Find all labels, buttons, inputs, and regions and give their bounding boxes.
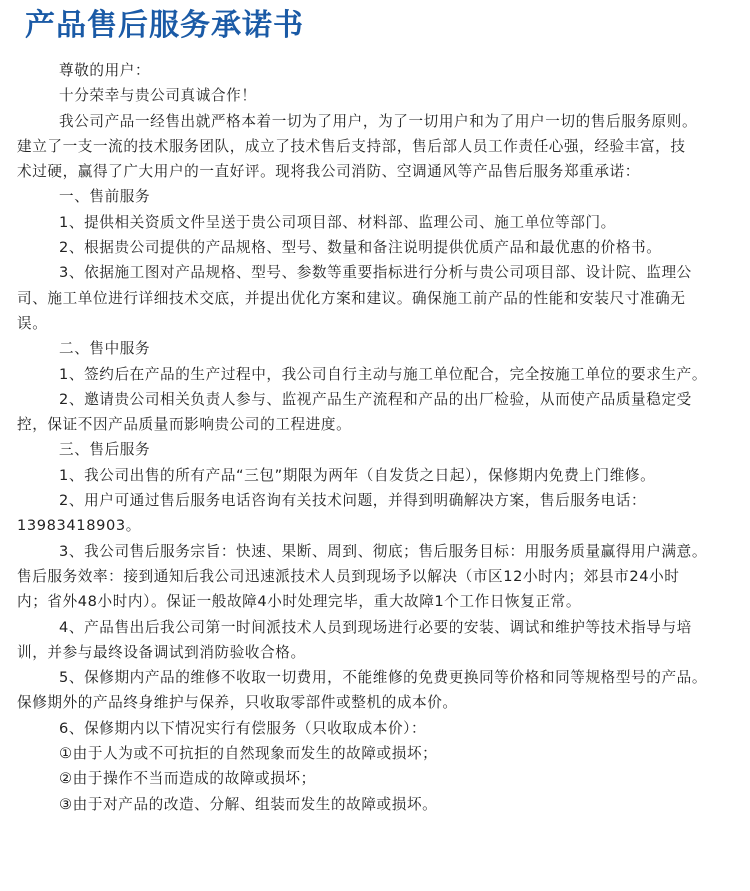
text-line: 保修期外的产品终身维护与保养，只收取零部件或整机的成本价。 (17, 690, 733, 715)
text-line: 误。 (17, 311, 733, 336)
list-item: 2、用户可通过售后服务电话咨询有关技术问题，并得到明确解决方案，售后服务电话： … (17, 488, 733, 539)
list-item: 1、签约后在产品的生产过程中，我公司自行主动与施工单位配合，完全按施工单位的要求… (17, 362, 733, 387)
text-line: 2、邀请贵公司相关负责人参与、监视产品生产流程和产品的出厂检验，从而使产品质量稳… (17, 387, 733, 412)
text-line: 1、提供相关资质文件呈送于贵公司项目部、材料部、监理公司、施工单位等部门。 (17, 210, 733, 235)
list-item: 6、保修期内以下情况实行有偿服务（只收取成本价）： (17, 716, 733, 741)
section-heading-in-sale: 二、售中服务 (17, 336, 733, 361)
intro: 十分荣幸与贵公司真诚合作！ (17, 83, 733, 108)
text-line: 2、根据贵公司提供的产品规格、型号、数量和备注说明提供优质产品和最优惠的价格书。 (17, 235, 733, 260)
text-line: 2、用户可通过售后服务电话咨询有关技术问题，并得到明确解决方案，售后服务电话： (17, 488, 733, 513)
text-line: 4、产品售出后我公司第一时间派技术人员到现场进行必要的安装、调试和维护等技术指导… (17, 615, 733, 640)
service-phone: 13983418903。 (17, 513, 733, 538)
text-line: 1、我公司出售的所有产品“三包”期限为两年（自发货之日起），保修期内免费上门维修… (17, 463, 733, 488)
text-line: 建立了一支一流的技术服务团队，成立了技术售后支持部，售后部人员工作责任心强，经验… (17, 134, 733, 159)
text-line: 3、依据施工图对产品规格、型号、参数等重要指标进行分析与贵公司项目部、设计院、监… (17, 260, 733, 285)
text-line: 控，保证不因产品质量而影响贵公司的工程进度。 (17, 412, 733, 437)
text-line: 司、施工单位进行详细技术交底，并提出优化方案和建议。确保施工前产品的性能和安装尺… (17, 286, 733, 311)
list-item: 5、保修期内产品的维修不收取一切费用，不能维修的免费更换同等价格和同等规格型号的… (17, 665, 733, 716)
list-item: 1、我公司出售的所有产品“三包”期限为两年（自发货之日起），保修期内免费上门维修… (17, 463, 733, 488)
sub-list-item: ③由于对产品的改造、分解、组装而发生的故障或损坏。 (17, 792, 733, 817)
page-title: 产品售后服务承诺书 (25, 6, 304, 46)
text-line: ③由于对产品的改造、分解、组装而发生的故障或损坏。 (17, 792, 733, 817)
list-item: 1、提供相关资质文件呈送于贵公司项目部、材料部、监理公司、施工单位等部门。 (17, 210, 733, 235)
text-line: 售后服务效率：接到通知后我公司迅速派技术人员到现场予以解决（市区12小时内；郊县… (17, 564, 733, 589)
text-line: 6、保修期内以下情况实行有偿服务（只收取成本价）： (17, 716, 733, 741)
text-line: 术过硬，赢得了广大用户的一直好评。现将我公司消防、空调通风等产品售后服务郑重承诺… (17, 159, 733, 184)
section-heading-presale: 一、售前服务 (17, 184, 733, 209)
sub-list-item: ②由于操作不当而造成的故障或损坏； (17, 766, 733, 791)
text-line: 5、保修期内产品的维修不收取一切费用，不能维修的免费更换同等价格和同等规格型号的… (17, 665, 733, 690)
list-item: 2、邀请贵公司相关负责人参与、监视产品生产流程和产品的出厂检验，从而使产品质量稳… (17, 387, 733, 438)
text-line: 训，并参与最终设备调试到消防验收合格。 (17, 640, 733, 665)
list-item: 2、根据贵公司提供的产品规格、型号、数量和备注说明提供优质产品和最优惠的价格书。 (17, 235, 733, 260)
text-line: ②由于操作不当而造成的故障或损坏； (17, 766, 733, 791)
sub-list-item: ①由于人为或不可抗拒的自然现象而发生的故障或损坏； (17, 741, 733, 766)
text-line: ①由于人为或不可抗拒的自然现象而发生的故障或损坏； (17, 741, 733, 766)
greeting: 尊敬的用户： (17, 58, 733, 83)
text-line: 我公司产品一经售出就严格本着一切为了用户，为了一切用户和为了用户一切的售后服务原… (17, 109, 733, 134)
list-item: 3、我公司售后服务宗旨：快速、果断、周到、彻底；售后服务目标：用服务质量赢得用户… (17, 539, 733, 615)
text-line: 1、签约后在产品的生产过程中，我公司自行主动与施工单位配合，完全按施工单位的要求… (17, 362, 733, 387)
list-item: 4、产品售出后我公司第一时间派技术人员到现场进行必要的安装、调试和维护等技术指导… (17, 615, 733, 666)
list-item: 3、依据施工图对产品规格、型号、参数等重要指标进行分析与贵公司项目部、设计院、监… (17, 260, 733, 336)
text-line: 3、我公司售后服务宗旨：快速、果断、周到、彻底；售后服务目标：用服务质量赢得用户… (17, 539, 733, 564)
document-body: 尊敬的用户： 十分荣幸与贵公司真诚合作！ 我公司产品一经售出就严格本着一切为了用… (17, 58, 733, 817)
text-line: 内；省外48小时内）。保证一般故障4小时处理完毕，重大故障1个工作日恢复正常。 (17, 589, 733, 614)
preamble-paragraph: 我公司产品一经售出就严格本着一切为了用户，为了一切用户和为了用户一切的售后服务原… (17, 109, 733, 185)
section-heading-after-sale: 三、售后服务 (17, 437, 733, 462)
